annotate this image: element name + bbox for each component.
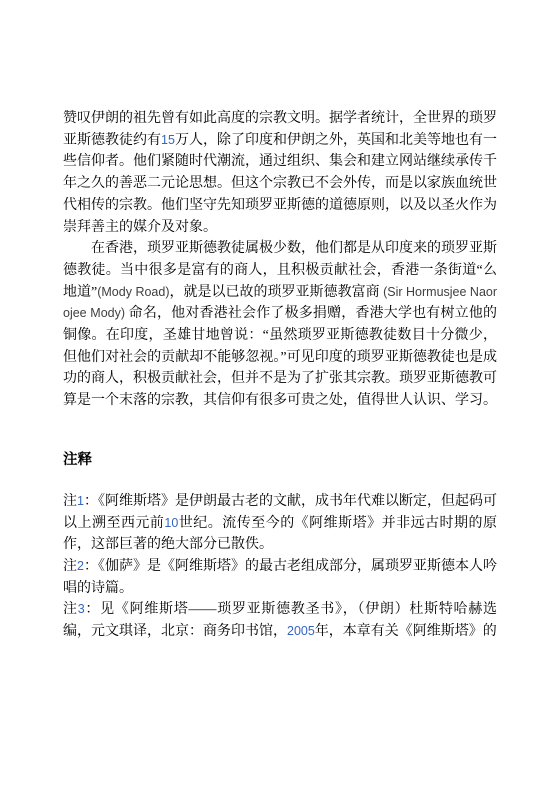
numeral-text: 2 bbox=[77, 559, 84, 573]
numeral-text: 3 bbox=[78, 602, 85, 616]
footnote-paragraph-2: 注2：《伽萨》是《阿维斯塔》的最古老组成部分，属琐罗亚斯德本人吟唱的诗篇。 bbox=[63, 556, 497, 599]
body-paragraph-2: 在香港，琐罗亚斯德教徒属极少数，他们都是从印度来的琐罗亚斯德教徒。当中很多是富有… bbox=[63, 238, 497, 412]
numeral-text: 1 bbox=[77, 494, 84, 508]
footnote-paragraph-3: 注3：见《阿维斯塔——琐罗亚斯德教圣书》，（伊朗）杜斯特哈赫选编，元文琪译，北京… bbox=[63, 599, 497, 642]
notes-heading: 注释 bbox=[63, 449, 497, 471]
body-paragraph-1: 赞叹伊朗的祖先曾有如此高度的宗教文明。据学者统计，全世界的琐罗亚斯德教徒约有15… bbox=[63, 108, 497, 238]
numeral-text: 2005 bbox=[287, 624, 315, 638]
document-page: 赞叹伊朗的祖先曾有如此高度的宗教文明。据学者统计，全世界的琐罗亚斯德教徒约有15… bbox=[0, 0, 559, 794]
numeral-text: 10 bbox=[164, 516, 178, 530]
footnote-paragraph-1: 注1：《阿维斯塔》是伊朗最古老的文献，成书年代难以断定，但起码可以上溯至西元前1… bbox=[63, 491, 497, 556]
numeral-text: 15 bbox=[161, 133, 175, 147]
latin-text: (Mody Road) bbox=[97, 285, 169, 299]
